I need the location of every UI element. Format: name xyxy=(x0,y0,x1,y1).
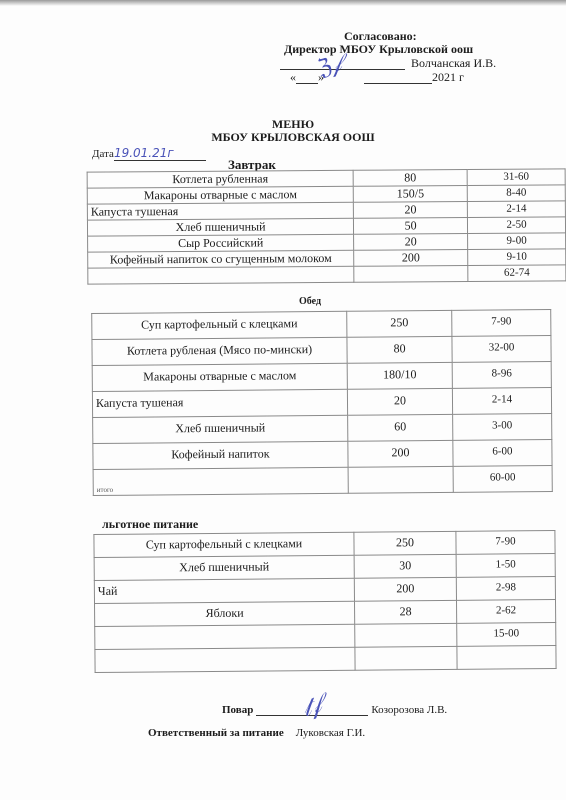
cell-name xyxy=(88,266,354,284)
cell-name: Капуста тушеная xyxy=(87,202,353,220)
table-row: Кофейный напиток2006-00 xyxy=(93,439,552,469)
month-blank xyxy=(364,73,432,84)
cell-name: Макароны отварные с маслом xyxy=(87,186,353,204)
cell-weight: 50 xyxy=(354,218,468,235)
cell-price: 7-90 xyxy=(452,310,551,337)
table-row: 62-74 xyxy=(88,265,566,284)
director-name: Волчанская И.В. xyxy=(411,56,496,70)
cell-name: Кофейный напиток xyxy=(93,441,348,469)
cell-weight: 250 xyxy=(347,310,452,337)
cell-name: Кофейный напиток со сгущенным молоком xyxy=(88,250,354,268)
cell-name: Суп картофельный с клецками xyxy=(92,311,347,339)
cell-weight: 20 xyxy=(347,388,452,415)
cell-price: 9-10 xyxy=(468,249,566,266)
day-blank xyxy=(296,73,318,84)
cell-weight: 80 xyxy=(347,336,452,363)
cell-name: Яблоки xyxy=(95,601,355,626)
total-price: 60-00 xyxy=(453,465,552,492)
benefit-table: Суп картофельный с клецками2507-90Хлеб п… xyxy=(93,530,556,673)
scan-edge xyxy=(0,0,566,6)
cell-price: 3-00 xyxy=(453,413,552,440)
cell-weight: 150/5 xyxy=(353,186,467,203)
approval-year: 2021 г xyxy=(432,70,464,84)
cell-price: 2-14 xyxy=(467,201,565,218)
date-value: 19.01.21г xyxy=(114,146,206,161)
cell-name: Суп картофельный с клецками xyxy=(94,532,354,557)
cell-price: 8-40 xyxy=(467,185,565,202)
cell-weight: 30 xyxy=(354,554,456,578)
cell-name: Котлета рубленная xyxy=(87,170,353,188)
table-row xyxy=(95,645,556,672)
school-name: МБОУ КРЫЛОВСКАЯ ООШ xyxy=(10,130,566,145)
cell-name: Хлеб пшеничный xyxy=(93,415,348,443)
cell-price: 6-00 xyxy=(453,439,552,466)
responsible-name: Луковская Г.И. xyxy=(296,727,365,739)
cell-price: 2-98 xyxy=(456,576,555,600)
cell-weight: 20 xyxy=(354,234,468,251)
cell-weight xyxy=(355,646,457,670)
cook-name: Козорозова Л.В. xyxy=(371,704,447,716)
approval-position: Директор МБОУ Крыловской оош xyxy=(284,43,473,56)
cell-name: Сыр Российский xyxy=(88,234,354,252)
breakfast-table: Котлета рубленная8031-60Макароны отварны… xyxy=(87,168,566,284)
cell-weight: 250 xyxy=(354,531,456,555)
table-row: Хлеб пшеничный603-00 xyxy=(93,413,552,443)
cell-price: 31-60 xyxy=(467,169,565,186)
cell-price: 2-50 xyxy=(468,217,566,234)
cell-price: 8-96 xyxy=(452,361,551,388)
cell-name: Хлеб пшеничный xyxy=(87,218,353,236)
lunch-heading: Обед xyxy=(299,296,321,307)
cell-price: 1-50 xyxy=(456,553,555,577)
date-field: Дата19.01.21г xyxy=(92,146,206,161)
cell-weight xyxy=(355,623,457,647)
cell-price xyxy=(457,645,556,669)
cell-name: Котлета рубленая (Мясо по-мински) xyxy=(92,337,347,365)
cook-signoff: ПоварКозорозова Л.В. xyxy=(222,704,447,716)
cell-weight: 200 xyxy=(354,577,456,601)
cell-name: Капуста тушеная xyxy=(92,389,347,417)
table-row: Макароны отварные с маслом180/108-96 xyxy=(92,361,551,391)
table-row: Котлета рубленая (Мясо по-мински)8032-00 xyxy=(92,335,551,365)
cell-price: 9-00 xyxy=(468,233,566,250)
cell-weight: 200 xyxy=(348,440,453,467)
cell-name: Чай xyxy=(94,578,354,603)
cell-name xyxy=(95,624,355,649)
cell-name: Макароны отварные с маслом xyxy=(92,363,347,391)
responsible-signoff: Ответственный за питаниеЛуковская Г.И. xyxy=(148,727,365,739)
cell-price: 15-00 xyxy=(457,622,556,646)
cell-price: 32-00 xyxy=(452,335,551,362)
total-label: итого xyxy=(93,467,348,495)
cell-price: 7-90 xyxy=(456,530,555,554)
cell-price: 62-74 xyxy=(468,265,566,282)
cell-weight: 80 xyxy=(353,170,467,187)
cell-weight: 180/10 xyxy=(347,362,452,389)
cell-name xyxy=(95,647,355,672)
table-row: Капуста тушеная202-14 xyxy=(92,387,551,417)
cell-weight xyxy=(354,266,468,283)
cell-weight: 60 xyxy=(348,414,453,441)
cook-signature: 𝓉𝒻 xyxy=(298,690,325,723)
table-row: Суп картофельный с клецками2507-90 xyxy=(92,310,551,340)
cell-weight: 20 xyxy=(354,202,468,219)
cell-price: 2-14 xyxy=(452,387,551,414)
cell-price: 2-62 xyxy=(456,599,555,623)
cell-weight: 200 xyxy=(354,250,468,267)
benefit-heading: льготное питание xyxy=(102,517,198,532)
total-row: итого60-00 xyxy=(93,465,552,495)
lunch-table: Суп картофельный с клецками2507-90Котлет… xyxy=(91,309,553,496)
cell-name: Хлеб пшеничный xyxy=(94,555,354,580)
cell-weight: 28 xyxy=(354,600,456,624)
